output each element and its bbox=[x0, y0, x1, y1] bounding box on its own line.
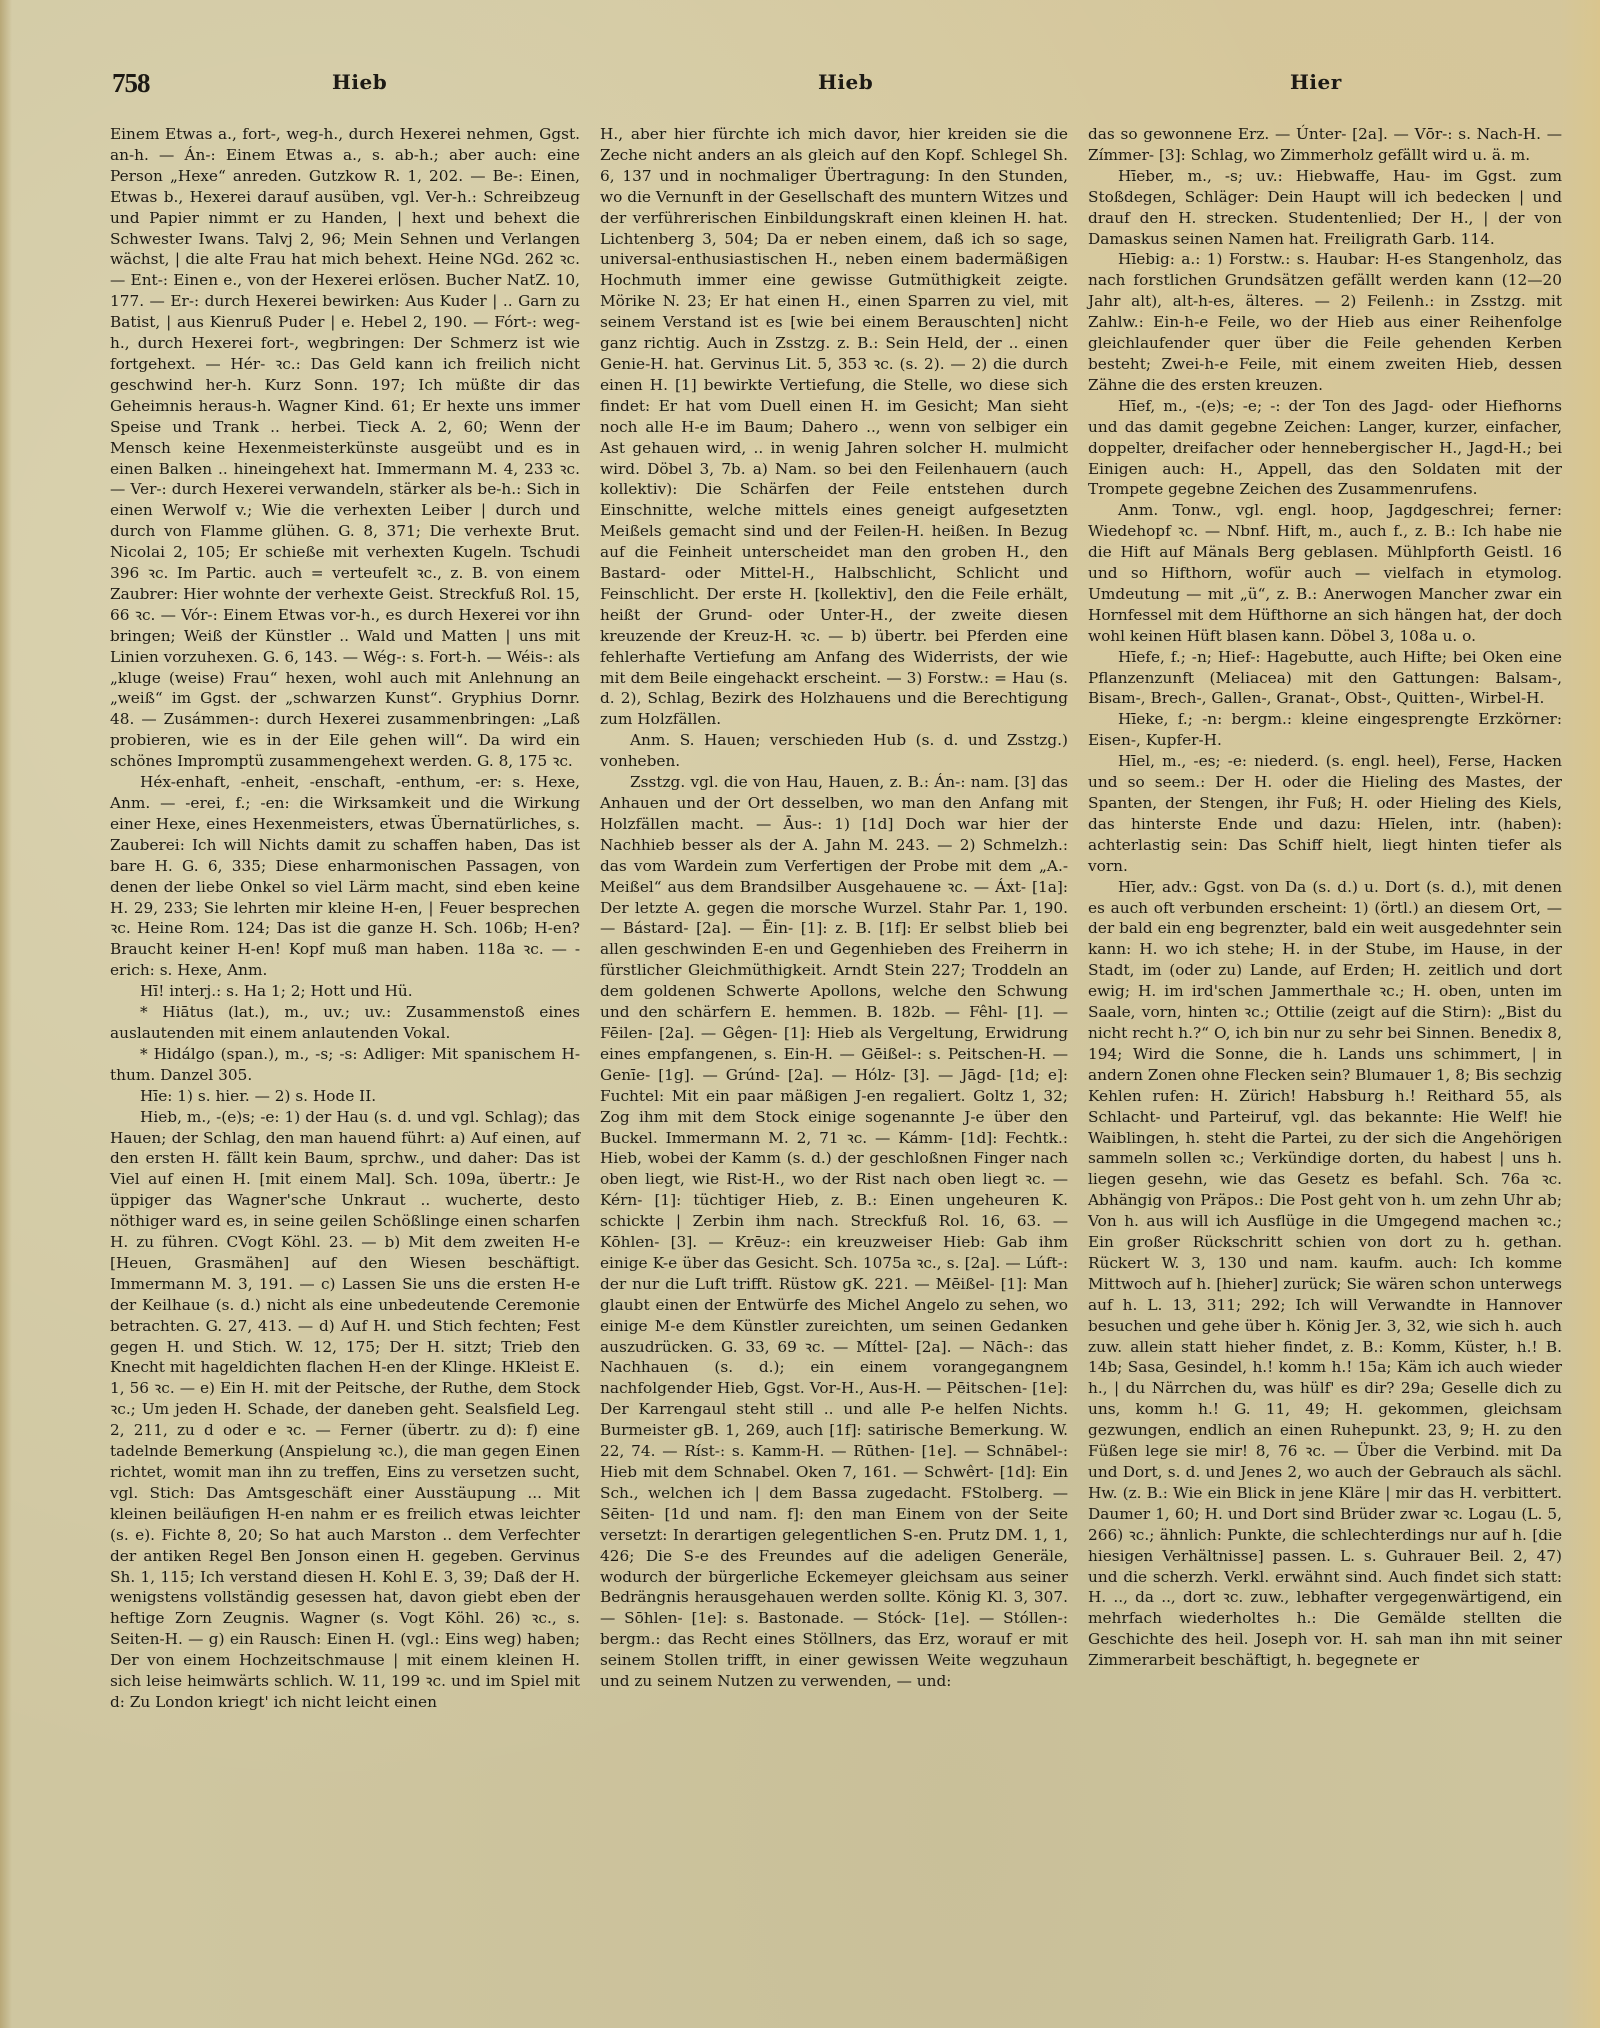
column-right: das so gewonnene Erz. — Únter- [2a]. — V… bbox=[1088, 124, 1562, 1671]
entry-hieb-continued: H., aber hier fürchte ich mich davor, hi… bbox=[600, 124, 1068, 730]
entry-hieb-anm: Anm. S. Hauen; verschieden Hub (s. d. un… bbox=[600, 730, 1068, 772]
entry-hiefe: Hīefe, f.; -n; Hief-: Hagebutte, auch Hi… bbox=[1088, 647, 1562, 710]
running-head-center: Hieb bbox=[818, 70, 873, 94]
column-center: H., aber hier fürchte ich mich davor, hi… bbox=[600, 124, 1068, 1692]
entry-hieb: Hieb, m., -(e)s; -e: 1) der Hau (s. d. u… bbox=[110, 1107, 580, 1713]
entry-hief: Hīef, m., -(e)s; -e; -: der Ton des Jagd… bbox=[1088, 396, 1562, 501]
entry-hiel: Hīel, m., -es; -e: niederd. (s. engl. he… bbox=[1088, 751, 1562, 876]
entry-hiatus: * Hiātus (lat.), m., uv.; uv.: Zusammens… bbox=[110, 1002, 580, 1044]
entry-hexenhaft: Héx-enhaft, -enheit, -enschaft, -enthum,… bbox=[110, 772, 580, 981]
entry-hieber: Hīeber, m., -s; uv.: Hiebwaffe, Hau- im … bbox=[1088, 166, 1562, 250]
page-edge-shadow bbox=[0, 0, 12, 2028]
page-header: 758 Hieb Hieb Hier bbox=[0, 64, 1600, 104]
entry-hieke: Hīeke, f.; -n: bergm.: kleine eingespren… bbox=[1088, 709, 1562, 751]
entry-hie: Hīe: 1) s. hier. — 2) s. Hode II. bbox=[110, 1086, 580, 1107]
page-number: 758 bbox=[112, 68, 150, 99]
entry-hief-anm: Anm. Tonw., vgl. engl. hoop, Jagdgeschre… bbox=[1088, 500, 1562, 646]
entry-compounds-continued: das so gewonnene Erz. — Únter- [2a]. — V… bbox=[1088, 124, 1562, 166]
entry-hieb-compounds: Zsstzg. vgl. die von Hau, Hauen, z. B.: … bbox=[600, 772, 1068, 1692]
running-head-left: Hieb bbox=[332, 70, 387, 94]
entry-hidalgo: * Hidálgo (span.), m., -s; -s: Adliger: … bbox=[110, 1044, 580, 1086]
entry-hiebig: Hīebig: a.: 1) Forstw.: s. Haubar: H-es … bbox=[1088, 249, 1562, 395]
running-head-right: Hier bbox=[1290, 70, 1342, 94]
column-left: Einem Etwas a., fort-, weg-h., durch Hex… bbox=[110, 124, 580, 1713]
entry-hi: Hī! interj.: s. Ha 1; 2; Hott und Hü. bbox=[110, 981, 580, 1002]
dictionary-columns: Einem Etwas a., fort-, weg-h., durch Hex… bbox=[110, 124, 1570, 2004]
entry-paragraph: Einem Etwas a., fort-, weg-h., durch Hex… bbox=[110, 124, 580, 772]
entry-hier: Hīer, adv.: Ggst. von Da (s. d.) u. Dort… bbox=[1088, 877, 1562, 1671]
